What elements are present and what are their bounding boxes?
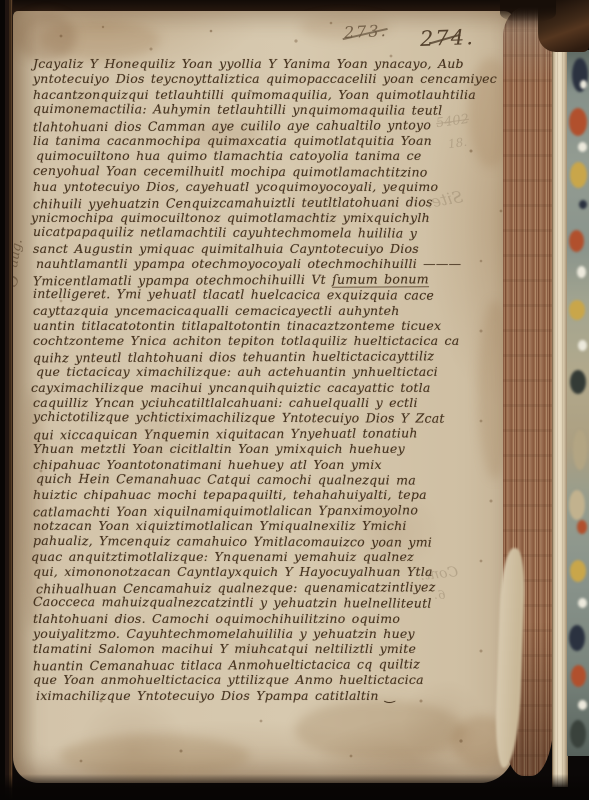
manuscript-line: uantin titlacatotontin titlapaltotontin …	[33, 318, 551, 333]
manuscript-line: chihuili yyehuatzin Cenquizcamahuiztli t…	[33, 193, 551, 211]
marble-blob	[578, 340, 587, 351]
marble-blob	[569, 108, 587, 136]
manuscript-line: que tictacicay ximachilizque: auh actehu…	[36, 364, 551, 379]
marble-blob	[570, 162, 587, 188]
manuscript-line: quihz ynteutl tlahtohuani dios tehuantin…	[33, 347, 551, 365]
manuscript-line: intelligeret. Ymi yehuatl tlacatl huelca…	[33, 286, 551, 304]
manuscript-line: quich Hein Cemanahuac Catqui camochi qua…	[36, 471, 551, 489]
manuscript-line: nauhtlamantli ypampa otechmoyocoyali ote…	[36, 256, 551, 271]
page-edge-strip	[552, 3, 568, 787]
manuscript-line: caquilliz Yncan yciuhcatiltlalcahuani: c…	[33, 395, 551, 410]
marble-blob	[569, 300, 585, 320]
bottom-edge-shadow	[0, 774, 589, 800]
folio-number-new: 274.	[420, 25, 476, 51]
marble-blob	[578, 598, 587, 608]
marble-blob	[569, 625, 585, 651]
marble-blob	[580, 80, 587, 89]
stain	[295, 700, 465, 760]
manuscript-line: que Yoan anmohueltictacica yttilizque An…	[33, 672, 551, 687]
manuscript-line: catlamachti Yoan xiquilnamiquimotlalican…	[33, 501, 551, 519]
marble-blob	[573, 430, 587, 470]
manuscript-line: notzacan Yoan xiquiztimotlalican Ymiqual…	[33, 518, 551, 533]
marble-blob	[577, 520, 587, 534]
manuscript-line: qui, ximononotzacan Cayntlayxquich Y Hay…	[33, 564, 551, 579]
manuscript-line: tlamatini Salomon macihui Y miuhcatqui n…	[33, 641, 551, 656]
manuscript-line: tlahtohuani dios Camman aye cuililo aye …	[33, 116, 551, 134]
manuscript-line: hacantzonquizqui tetlauhtilli quimomaqui…	[33, 87, 551, 102]
top-edge-shadow	[500, 0, 556, 22]
manuscript-photo: 273. 274. aug. Ɔ 5402 18. Site. Cont. 6.…	[0, 0, 589, 800]
marble-blob	[569, 490, 585, 520]
marble-blob	[578, 142, 587, 152]
manuscript-line: ynicmochipa quimocuiltonoz quimotlamacht…	[31, 210, 551, 225]
manuscript-line: chipahuac Yoantotonatimani huehuey atl Y…	[33, 457, 551, 472]
manuscript-line: Jcayaliz Y Honequiliz Yoan yyollia Y Yan…	[33, 56, 551, 71]
manuscript-line: iximachilizque Yntotecuiyo Dios Ypampa c…	[36, 688, 551, 703]
manuscript-line: tlahtohuani dios. Camochi oquimochihuili…	[33, 611, 551, 626]
manuscript-line: yntotecuiyo Dios teycnoyttaliztica quimo…	[33, 71, 551, 86]
stain	[60, 735, 250, 777]
manuscript-line: lia tanima cacanmochipa quimaxcatia quim…	[33, 133, 551, 148]
manuscript-line: Yhuan metztli Yoan cicitlaltin Yoan ymix…	[33, 441, 551, 456]
manuscript-line: hua yntotecuiyo Dios, cayehuatl ycoquimo…	[33, 179, 551, 194]
marble-blob	[570, 560, 586, 582]
manuscript-line: qui xiccaquican Ynquemin xiquitacan Ynye…	[33, 424, 551, 442]
manuscript-line: huantin Cemanahuac titlaca Anmohuelticta…	[33, 655, 551, 673]
manuscript-line: huiztic chipahuac mochi tepapaquilti, te…	[33, 487, 551, 502]
marble-blob	[569, 230, 584, 252]
manuscript-line: youiyalitzmo. Cayuhtechmomelahuililia y …	[33, 626, 551, 641]
manuscript-line: cayximachilizque macihui yncanquihquizti…	[31, 380, 551, 395]
marble-blob	[579, 200, 587, 209]
binding-gutter-edge	[0, 0, 13, 800]
stain	[16, 12, 76, 62]
marble-blob	[577, 266, 586, 278]
marble-blob	[571, 665, 586, 687]
manuscript-line: cayttazquia yncemacicaqualli cemacicayec…	[33, 303, 551, 318]
manuscript-line: quac anquitztimotlalizque: Ynquenami yem…	[31, 549, 551, 564]
folio-number-old: 273.	[344, 21, 389, 42]
manuscript-line: Caocceca mahuizqualnezcatzintli y yehuat…	[33, 594, 551, 612]
manuscript-line: cochtzonteme Ynica achiton tepiton totla…	[33, 333, 551, 348]
manuscript-line: sanct Augustin ymiquac quimitalhuia Cayn…	[33, 241, 551, 256]
manuscript-line: pahualiz, Ymcenquiz camahuico Ymitlacoma…	[33, 532, 551, 550]
manuscript-line: quimocuiltono hua quimo tlamachtia catoy…	[36, 148, 551, 163]
underlined-phrase: ſumum bonum	[332, 271, 429, 288]
marble-blob	[570, 720, 586, 748]
marble-blob	[578, 700, 587, 710]
marble-blob	[570, 370, 586, 394]
manuscript-line: cenyohual Yoan cecemilhuitl mochipa quim…	[33, 163, 551, 181]
marbled-endpaper	[567, 50, 589, 756]
text-block: Jcayaliz Y Honequiliz Yoan yyollia Y Yan…	[33, 56, 551, 703]
manuscript-line: uicatpapaquiliz netlamachtili cayuhtechm…	[33, 224, 551, 242]
